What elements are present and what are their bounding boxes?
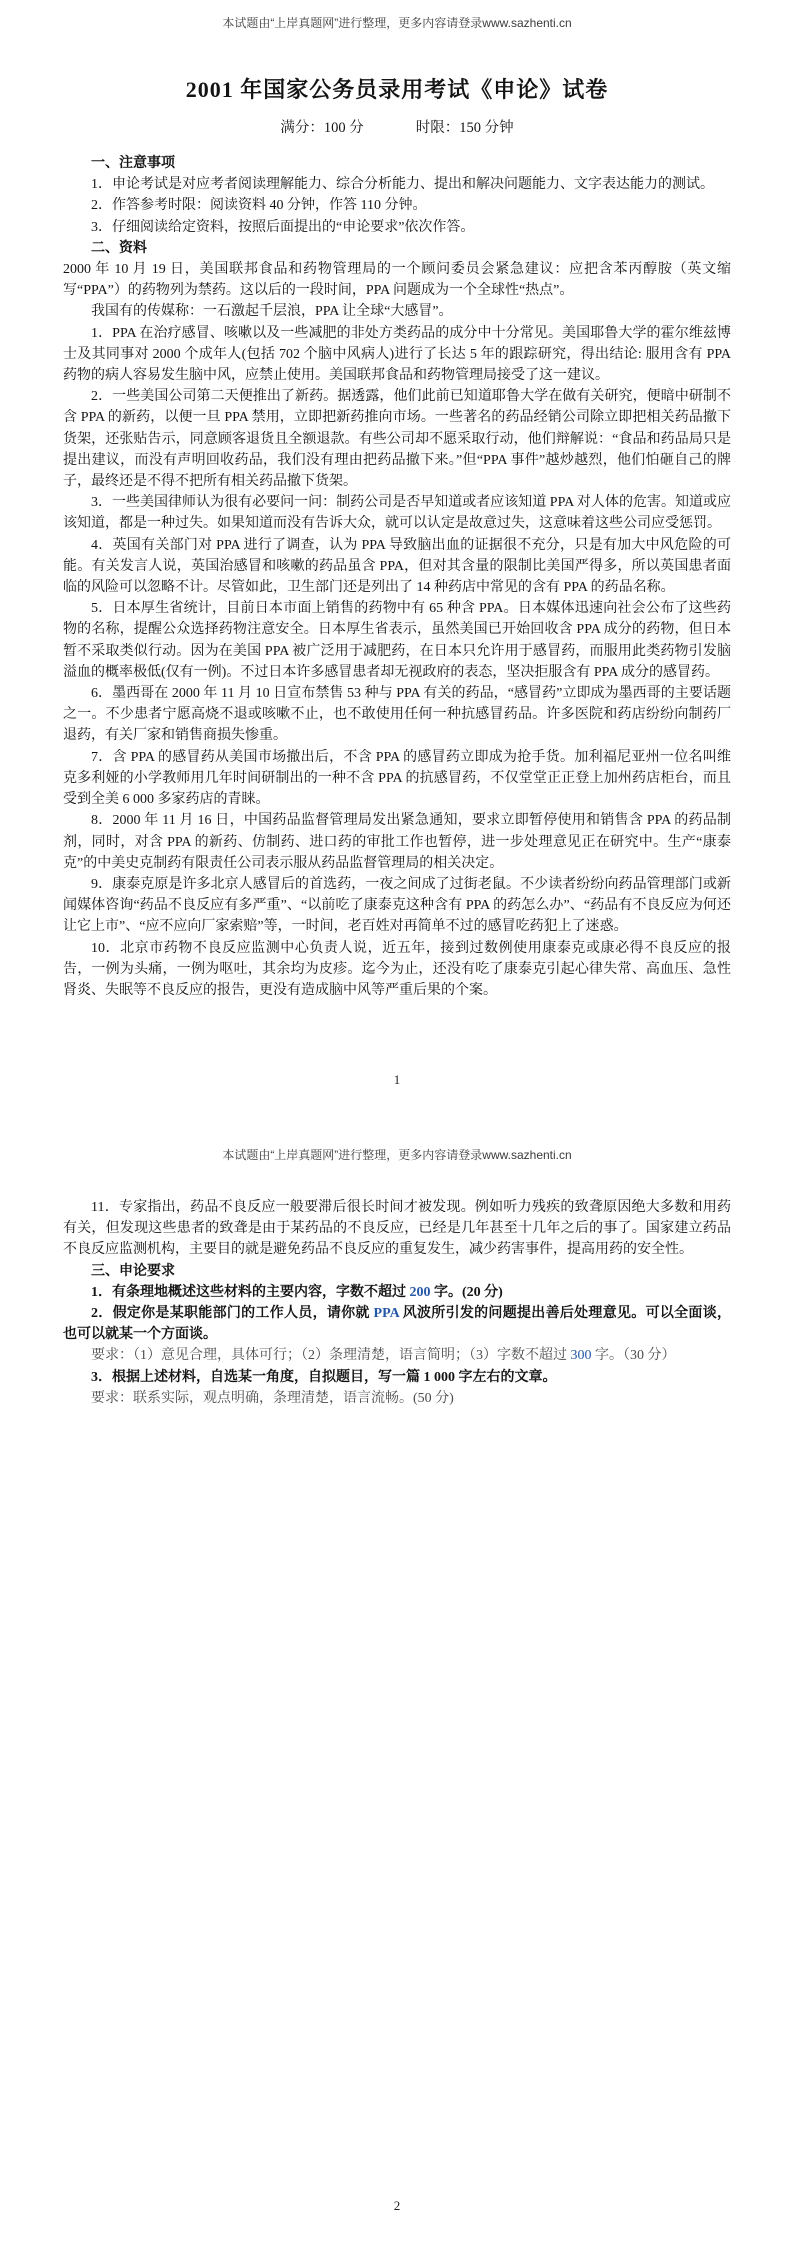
requirement-2-note-text: 要求：（1）意见合理，具体可行；（2）条理清楚，语言简明；（3）字数不超过 bbox=[91, 1348, 571, 1363]
material-paragraph-intro1: 2000 年 10 月 19 日，美国联邦食品和药物管理局的一个顾问委员会紧急建… bbox=[63, 259, 731, 301]
material-paragraph-intro2: 我国有的传媒称：一石激起千层浪，PPA 让全球“大感冒”。 bbox=[63, 301, 731, 322]
material-paragraph-10: 10．北京市药物不良反应监测中心负责人说，近五年，接到过数例使用康泰克或康必得不… bbox=[63, 938, 731, 1002]
requirement-3-note: 要求：联系实际，观点明确，条理清楚，语言流畅。(50 分) bbox=[63, 1388, 731, 1409]
requirement-item-3: 3．根据上述材料，自选某一角度，自拟题目，写一篇 1 000 字左右的文章。 bbox=[63, 1367, 731, 1388]
time-limit-label: 时限：150 分钟 bbox=[416, 116, 514, 137]
score-label: 满分：100 分 bbox=[280, 116, 363, 137]
material-paragraph-2: 2．一些美国公司第二天便推出了新药。据透露，他们此前已知道耶鲁大学在做有关研究，… bbox=[63, 386, 731, 492]
requirement-2-keyword: PPA bbox=[374, 1306, 399, 1321]
material-paragraph-9: 9．康泰克原是许多北京人感冒后的首选药，一夜之间成了过街老鼠。不少读者纷纷向药品… bbox=[63, 874, 731, 938]
page1-content: 一、注意事项 1．申论考试是对应考者阅读理解能力、综合分析能力、提出和解决问题能… bbox=[63, 153, 731, 1001]
material-paragraph-1: 1．PPA 在治疗感冒、咳嗽以及一些减肥的非处方类药品的成分中十分常见。美国耶鲁… bbox=[63, 323, 731, 387]
page-number: 1 bbox=[0, 1072, 794, 1088]
requirement-2-text: 2．假定你是某职能部门的工作人员，请你就 bbox=[91, 1306, 374, 1321]
material-paragraph-3: 3．一些美国律师认为很有必要问一问：制药公司是否早知道或者应该知道 PPA 对人… bbox=[63, 492, 731, 534]
requirement-2-note-number: 300 bbox=[571, 1348, 592, 1363]
section-heading-materials: 二、资料 bbox=[63, 238, 731, 259]
material-paragraph-11: 11．专家指出，药品不良反应一般要滞后很长时间才被发现。例如听力残疾的致聋原因绝… bbox=[63, 1197, 731, 1261]
source-banner: 本试题由“上岸真题网”进行整理，更多内容请登录www.sazhenti.cn bbox=[0, 0, 794, 31]
note-item-2: 2．作答参考时限：阅读资料 40 分钟，作答 110 分钟。 bbox=[63, 195, 731, 216]
material-paragraph-7: 7．含 PPA 的感冒药从美国市场撤出后，不含 PPA 的感冒药立即成为抢手货。… bbox=[63, 747, 731, 811]
requirement-2-note: 要求：（1）意见合理，具体可行；（2）条理清楚，语言简明；（3）字数不超过 30… bbox=[63, 1345, 731, 1366]
document-page-2: 本试题由“上岸真题网”进行整理，更多内容请登录www.sazhenti.cn 1… bbox=[0, 1120, 794, 2244]
section-heading-requirements: 三、申论要求 bbox=[63, 1261, 731, 1282]
section-heading-notes: 一、注意事项 bbox=[63, 153, 731, 174]
exam-meta: 满分：100 分 时限：150 分钟 bbox=[0, 116, 794, 137]
material-paragraph-4: 4．英国有关部门对 PPA 进行了调查，认为 PPA 导致脑出血的证据很不充分，… bbox=[63, 535, 731, 599]
material-paragraph-8: 8．2000 年 11 月 16 日，中国药品监督管理局发出紧急通知，要求立即暂… bbox=[63, 810, 731, 874]
page-number: 2 bbox=[0, 2198, 794, 2214]
page2-content: 11．专家指出，药品不良反应一般要滞后很长时间才被发现。例如听力残疾的致聋原因绝… bbox=[63, 1197, 731, 1409]
requirement-1-text: 1．有条理地概述这些材料的主要内容，字数不超过 bbox=[91, 1285, 410, 1300]
source-banner: 本试题由“上岸真题网”进行整理，更多内容请登录www.sazhenti.cn bbox=[0, 1120, 794, 1163]
document-page-1: 本试题由“上岸真题网”进行整理，更多内容请登录www.sazhenti.cn 2… bbox=[0, 0, 794, 1120]
requirement-item-1: 1．有条理地概述这些材料的主要内容，字数不超过 200 字。(20 分) bbox=[63, 1282, 731, 1303]
material-paragraph-6: 6．墨西哥在 2000 年 11 月 10 日宣布禁售 53 种与 PPA 有关… bbox=[63, 683, 731, 747]
page-title: 2001 年国家公务员录用考试《申论》试卷 bbox=[0, 73, 794, 104]
requirement-2-note-suffix: 字。（30 分） bbox=[592, 1348, 676, 1363]
requirement-1-number: 200 bbox=[410, 1285, 431, 1300]
requirement-item-2: 2．假定你是某职能部门的工作人员，请你就 PPA 风波所引发的问题提出善后处理意… bbox=[63, 1303, 731, 1345]
material-paragraph-5: 5．日本厚生省统计，目前日本市面上销售的药物中有 65 种含 PPA。日本媒体迅… bbox=[63, 598, 731, 683]
note-item-3: 3．仔细阅读给定资料，按照后面提出的“申论要求”依次作答。 bbox=[63, 217, 731, 238]
note-item-1: 1．申论考试是对应考者阅读理解能力、综合分析能力、提出和解决问题能力、文字表达能… bbox=[63, 174, 731, 195]
requirement-1-suffix: 字。(20 分) bbox=[431, 1285, 503, 1300]
